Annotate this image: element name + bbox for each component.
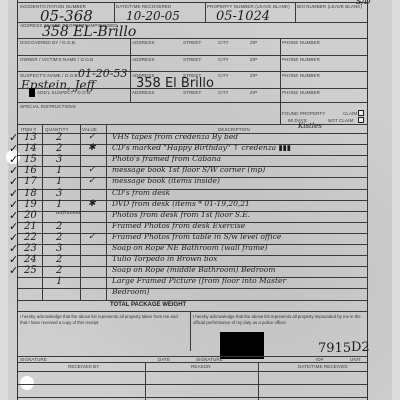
item-quantity: 2 <box>56 254 62 265</box>
street-label: Street <box>183 57 201 62</box>
city-label: City <box>218 90 229 95</box>
row-divider <box>18 288 367 289</box>
address-label: Address <box>132 40 154 45</box>
additional-suspect-label: Add'l Suspect / D.O.B. <box>37 90 92 95</box>
date-time-received-label: Date/Time Received <box>298 364 348 369</box>
item-description: Framed Photos from desk Exercise <box>112 221 245 230</box>
item-quantity: 3 <box>56 243 62 254</box>
item-description: Framed Photos from table in S/w level of… <box>112 232 281 241</box>
zip-label: Zip <box>250 73 257 78</box>
address-label: Address <box>132 57 154 62</box>
item-value: ✓ <box>88 176 96 186</box>
item-value: ✓ <box>88 165 96 175</box>
phone-label: Phone Number <box>282 40 320 45</box>
item-number: 19 <box>24 199 37 210</box>
item-description: Photo's framed from Cabana <box>112 154 221 163</box>
item-quantity: 3 <box>56 188 62 199</box>
item-description: Tulio Torpedo in Brown box <box>112 254 217 263</box>
date-recovered-value: 10-20-05 <box>126 9 180 23</box>
item-number: 23 <box>24 243 37 254</box>
item-quantity: 2 <box>56 143 62 154</box>
item-value: ✓ <box>88 132 96 142</box>
street-label: Street <box>183 90 201 95</box>
city-label: City <box>218 40 229 45</box>
city-label: City <box>218 73 229 78</box>
item-quantity: 2 <box>56 265 62 276</box>
item-description: Large Framed Picture (from floor into Ma… <box>112 276 286 285</box>
bin-number-label: Bin Number (Leave Blank) <box>297 4 362 9</box>
zip-label: Zip <box>250 40 257 45</box>
item-quantity: 3 <box>56 154 62 165</box>
item-description: Photos from desk from 1st floor S.E. <box>112 210 250 219</box>
street-label: Street <box>183 40 201 45</box>
officer-unit-value: D2 <box>351 340 370 355</box>
item-number: 13 <box>24 132 37 143</box>
phone-label: Phone Number <box>282 73 320 78</box>
item-description: message book 1st floor S/W corner (mp) <box>112 165 265 174</box>
item-description: CD's marked "Happy Birthday" ↑ credenza … <box>112 143 291 152</box>
item-quantity: 2 <box>56 232 62 243</box>
item-quantity: unframed <box>56 210 81 216</box>
not-claim-checkbox[interactable] <box>358 117 364 123</box>
acknowledgment-owner: I hereby acknowledge that the above list… <box>20 314 185 325</box>
claim-checkbox[interactable] <box>358 110 364 116</box>
item-number: 16 <box>24 165 37 176</box>
item-number: 20 <box>24 210 37 221</box>
redaction-box <box>220 332 264 359</box>
discovered-by-label: Discovered By / D.O.B. <box>20 40 76 45</box>
item-quantity: 1 <box>56 199 62 210</box>
item-number: 24 <box>24 254 37 265</box>
officer-id-value: 7915 <box>318 341 351 356</box>
item-description: CD's from desk <box>112 188 170 197</box>
item-description: Bedroom) <box>112 287 149 296</box>
zip-label: Zip <box>250 90 257 95</box>
acknowledgment-officer: I hereby acknowledge that the above list… <box>193 314 365 325</box>
found-property-label: Found Property <box>282 111 325 116</box>
item-number: 14 <box>24 143 37 154</box>
row-divider <box>18 189 367 190</box>
special-instructions-label: Special Instructions <box>20 104 76 109</box>
description-header-note: Kistles <box>298 122 322 130</box>
claim-label: Claim <box>343 111 357 116</box>
received-by-label: Received By <box>68 364 99 369</box>
item-number: 15 <box>24 154 37 165</box>
item-quantity: 1 <box>56 165 62 176</box>
redaction-box <box>29 88 35 97</box>
item-number: 17 <box>24 176 37 187</box>
item-value: ✱ <box>88 143 96 153</box>
item-number: 22 <box>24 232 37 243</box>
address-label: Address <box>132 90 154 95</box>
reason-label: Reason <box>191 364 211 369</box>
item-description: VHS tapes from credenza By bed <box>112 132 238 141</box>
item-description: message book (items inside) <box>112 176 220 185</box>
item-description: Soap on Rope NE Bathroom (wall frame) <box>112 243 268 252</box>
item-description: DVD from desk (items * 01-19,20,21 <box>112 199 250 208</box>
item-value: ✱ <box>88 199 96 209</box>
item-quantity: 1 <box>56 276 62 287</box>
owner-victim-label: Owner / Victim's Name / D.O.B. <box>20 57 95 62</box>
corner-mark: S/D <box>356 0 371 6</box>
city-label: City <box>218 57 229 62</box>
property-receipt-form: Incident/Citation Number Date/Time Recov… <box>17 0 368 400</box>
checkmark-icon: ✓ <box>9 264 18 277</box>
total-package-weight-label: Total Package Weight <box>110 302 186 308</box>
item-quantity: 2 <box>56 132 62 143</box>
item-quantity: 2 <box>56 221 62 232</box>
item-number: 25 <box>24 265 37 276</box>
item-number: 21 <box>24 221 37 232</box>
item-number: 18 <box>24 188 37 199</box>
phone-label: Phone Number <box>282 57 320 62</box>
zip-label: Zip <box>250 57 257 62</box>
phone-label: Phone Number <box>282 90 320 95</box>
not-claim-label: Not Claim <box>328 118 353 123</box>
item-description: Soap on Rope (middle Bathroom) Bedroom <box>112 265 275 274</box>
item-quantity: 1 <box>56 176 62 187</box>
item-value: ✓ <box>88 232 96 242</box>
